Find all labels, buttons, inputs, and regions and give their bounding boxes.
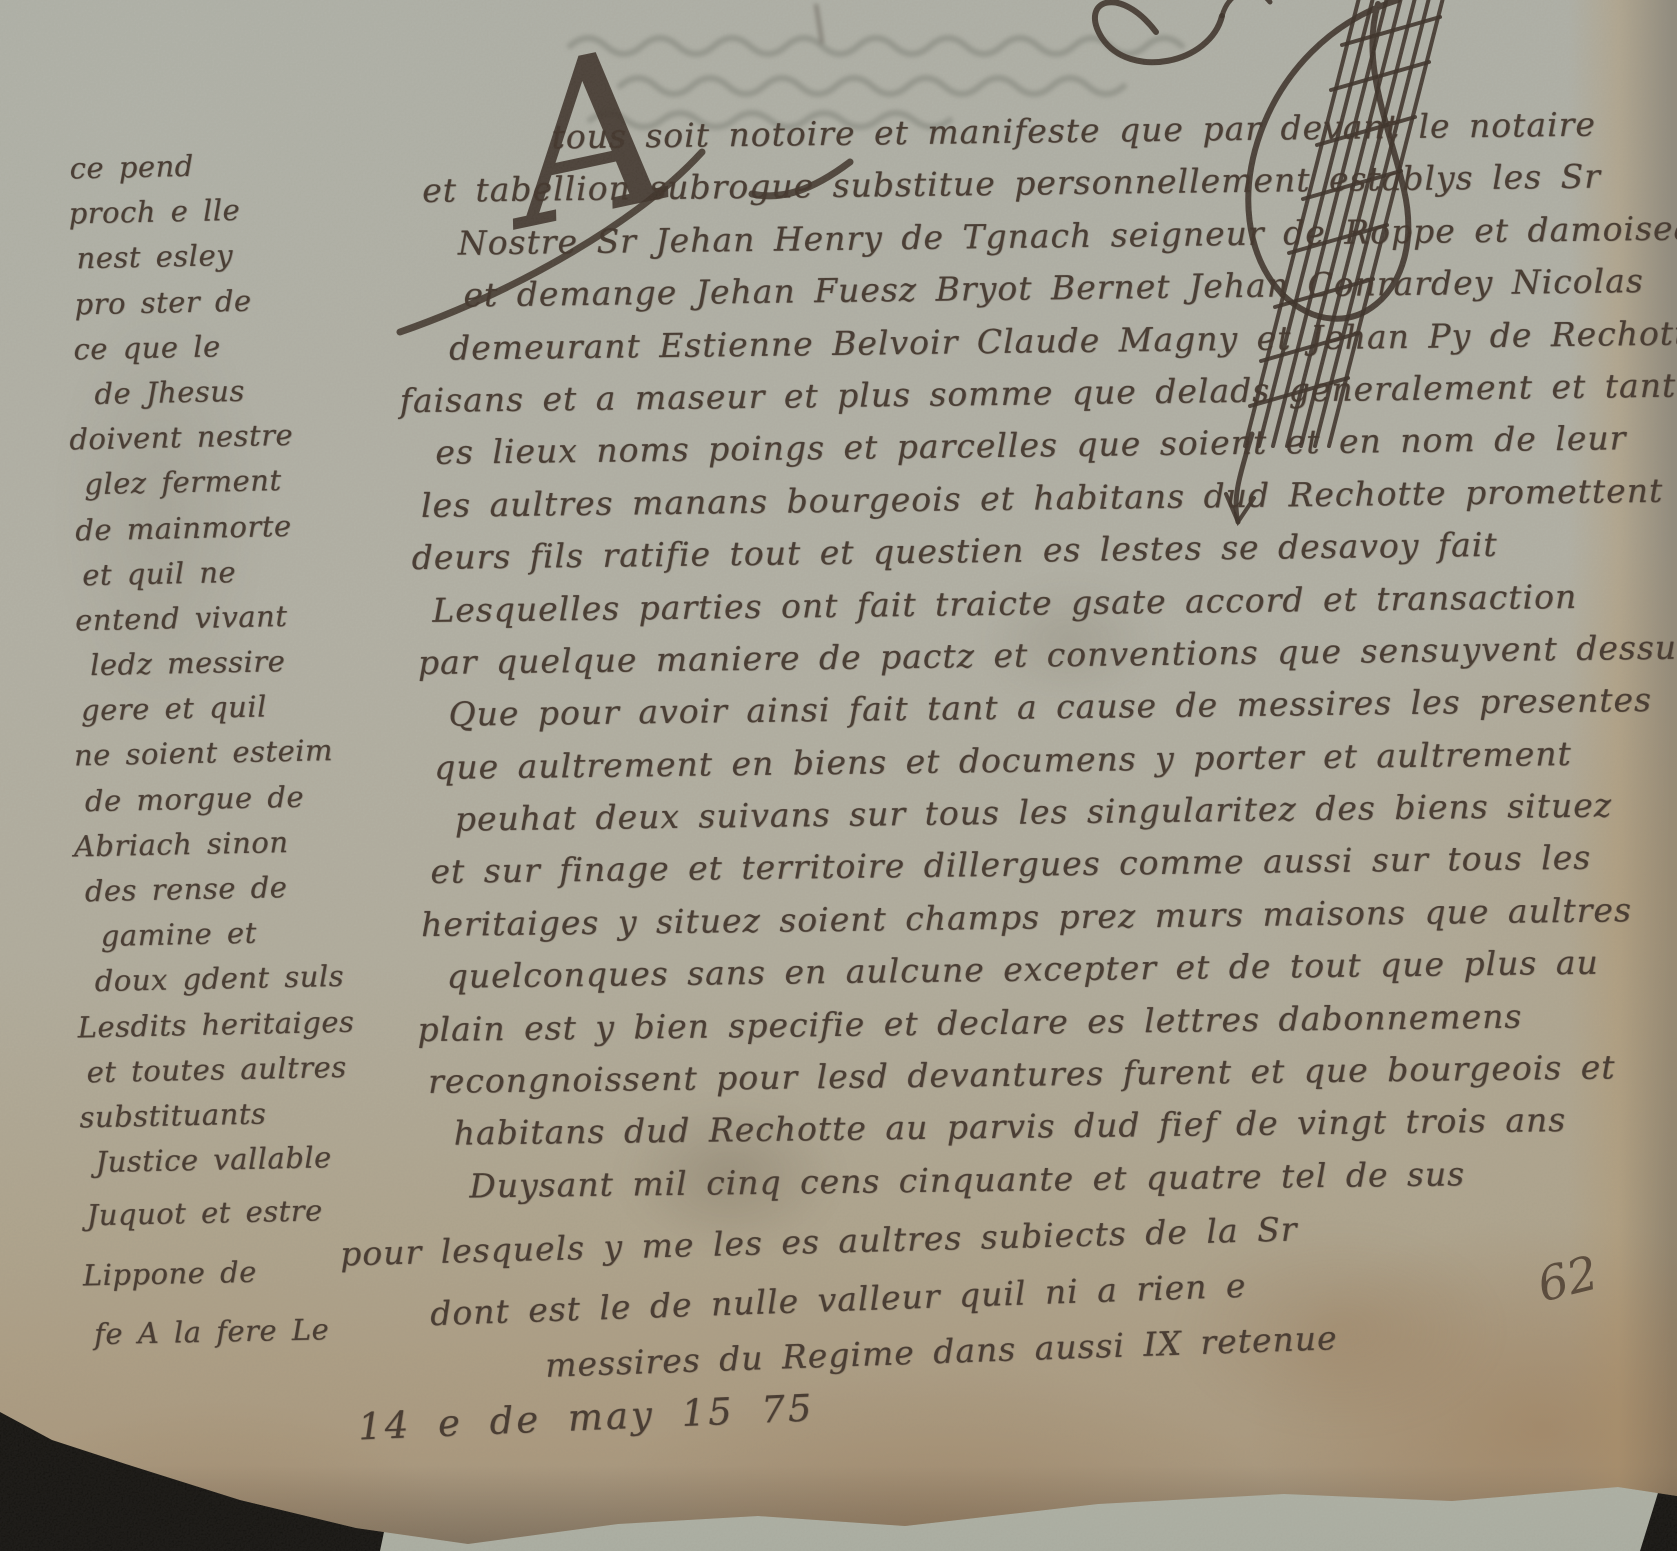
- closing-line: pour lesquels y me les es aultres subiec…: [340, 1209, 1298, 1273]
- margin-note: des rense de: [84, 867, 415, 919]
- margin-note: proch e lle: [68, 190, 401, 242]
- margin-note: doivent nestre: [69, 416, 406, 468]
- manuscript-body: tous soit notoire et manifeste que par d…: [401, 105, 1594, 1220]
- margin-note: de mainmorte: [75, 506, 408, 558]
- date-line: 14 e de may 15 75: [357, 1386, 815, 1448]
- margin-note: et toutes aultres: [86, 1048, 419, 1100]
- margin-note: Justice vallable: [95, 1138, 421, 1190]
- margin-note: substituants: [79, 1093, 420, 1145]
- margin-note: ce que le: [73, 325, 404, 377]
- margin-note: nest esley: [76, 235, 402, 287]
- margin-note: gere et quil: [81, 687, 412, 739]
- margin-note: fe A la fere Le: [94, 1310, 425, 1362]
- margin-note: doux gdent suls: [94, 958, 417, 1010]
- closing-line: messires du Regime dans aussi IX retenue: [545, 1318, 1339, 1385]
- margin-note: gamine et: [100, 913, 416, 965]
- folio-number: 62: [1532, 1246, 1603, 1314]
- margin-note: ne soient esteim: [74, 732, 413, 784]
- manuscript-photo: A ce pend proch e lle nest esley pro ste…: [0, 0, 1677, 1551]
- margin-note: pro ster de: [74, 280, 403, 332]
- closing-line: dont est le de nulle valleur quil ni a r…: [430, 1266, 1247, 1333]
- margin-note: de morgue de: [85, 777, 414, 829]
- margin-note: Abriach sinon: [74, 822, 415, 874]
- margin-note: de Jhesus: [94, 370, 405, 422]
- margin-note: Lesdits heritaiges: [77, 1003, 418, 1055]
- margin-note: et quil ne: [82, 551, 409, 603]
- margin-note: ledz messire: [90, 642, 411, 694]
- margin-note: ce pend: [69, 145, 400, 197]
- margin-note: entend vivant: [75, 596, 410, 648]
- parchment: A ce pend proch e lle nest esley pro ste…: [0, 0, 1677, 1551]
- margin-annotations: ce pend proch e lle nest esley pro ster …: [59, 145, 424, 1363]
- margin-note: glez ferment: [84, 461, 407, 513]
